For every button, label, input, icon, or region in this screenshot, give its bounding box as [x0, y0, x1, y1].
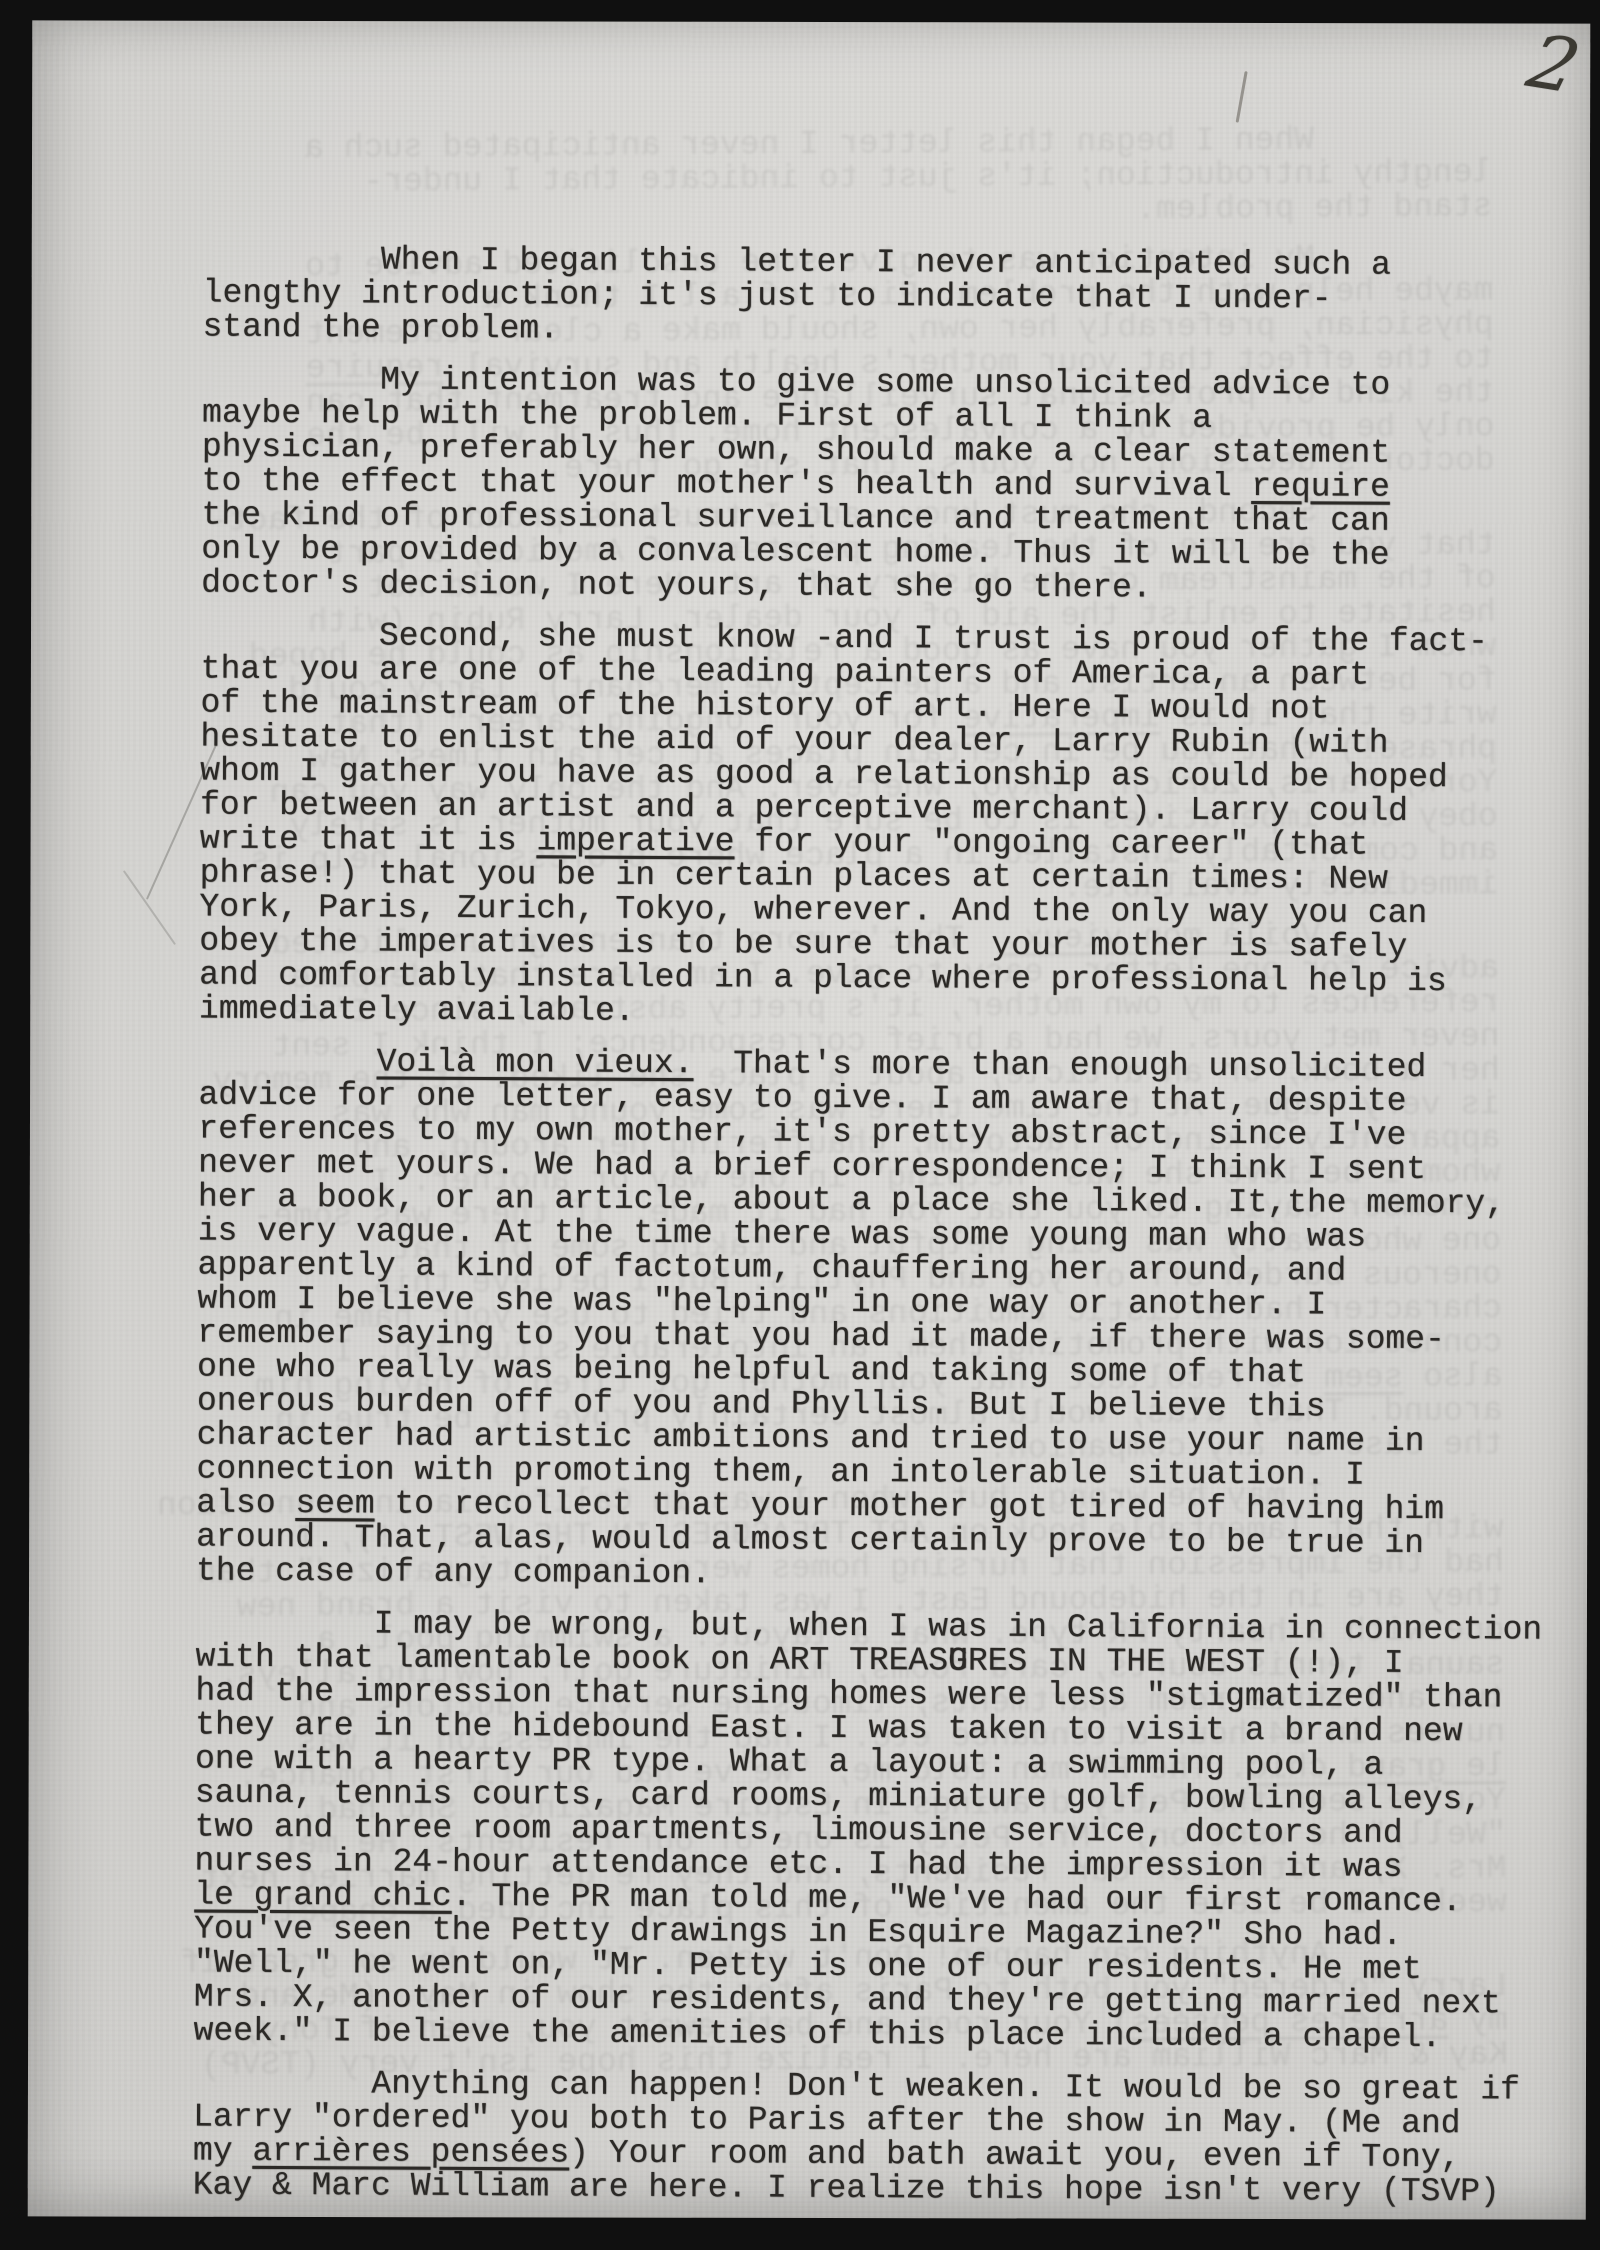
- text-line: When I began this letter I never anticip…: [92, 122, 1492, 168]
- paragraph: When I began this letter I never anticip…: [202, 243, 1598, 352]
- pen-mark: [1236, 71, 1248, 123]
- scanned-letter-page: When I began this letter I never anticip…: [0, 0, 1600, 2250]
- paragraph: Anything can happen! Don't weaken. It wo…: [193, 2067, 1589, 2210]
- underlined-text: seem: [295, 1485, 374, 1522]
- paragraph: Second, she must know -and I trust is pr…: [199, 619, 1596, 1034]
- underlined-text: arrières pensées: [252, 2133, 569, 2172]
- text-line: week." I believe the amenities of this p…: [193, 2015, 1588, 2056]
- text-line: stand the problem.: [202, 311, 1597, 352]
- letter-body: When I began this letter I never anticip…: [193, 243, 1598, 2228]
- underlined-text: require: [1251, 468, 1390, 506]
- scratch-mark-small: [123, 870, 176, 945]
- text-line: Kay & Marc William are here. I realize t…: [193, 2169, 1588, 2210]
- paper: When I began this letter I never anticip…: [28, 20, 1591, 2219]
- underlined-text: Voilà mon vieux.: [377, 1043, 694, 1082]
- underlined-text: le grand chic: [194, 1877, 452, 1915]
- paragraph: Voilà mon vieux. That's more than enough…: [196, 1045, 1594, 1596]
- paragraph: I may be wrong, but, when I was in Calif…: [193, 1607, 1590, 2056]
- text-line: lengthy introduction; it's just to indic…: [92, 156, 1492, 202]
- underlined-text: imperative: [536, 822, 734, 860]
- text-line: stand the problem.: [92, 190, 1492, 236]
- paragraph: My intention was to give some unsolicite…: [201, 363, 1597, 608]
- handwritten-page-number: 2: [1519, 19, 1588, 110]
- paragraph: When I began this letter I never anticip…: [92, 122, 1493, 236]
